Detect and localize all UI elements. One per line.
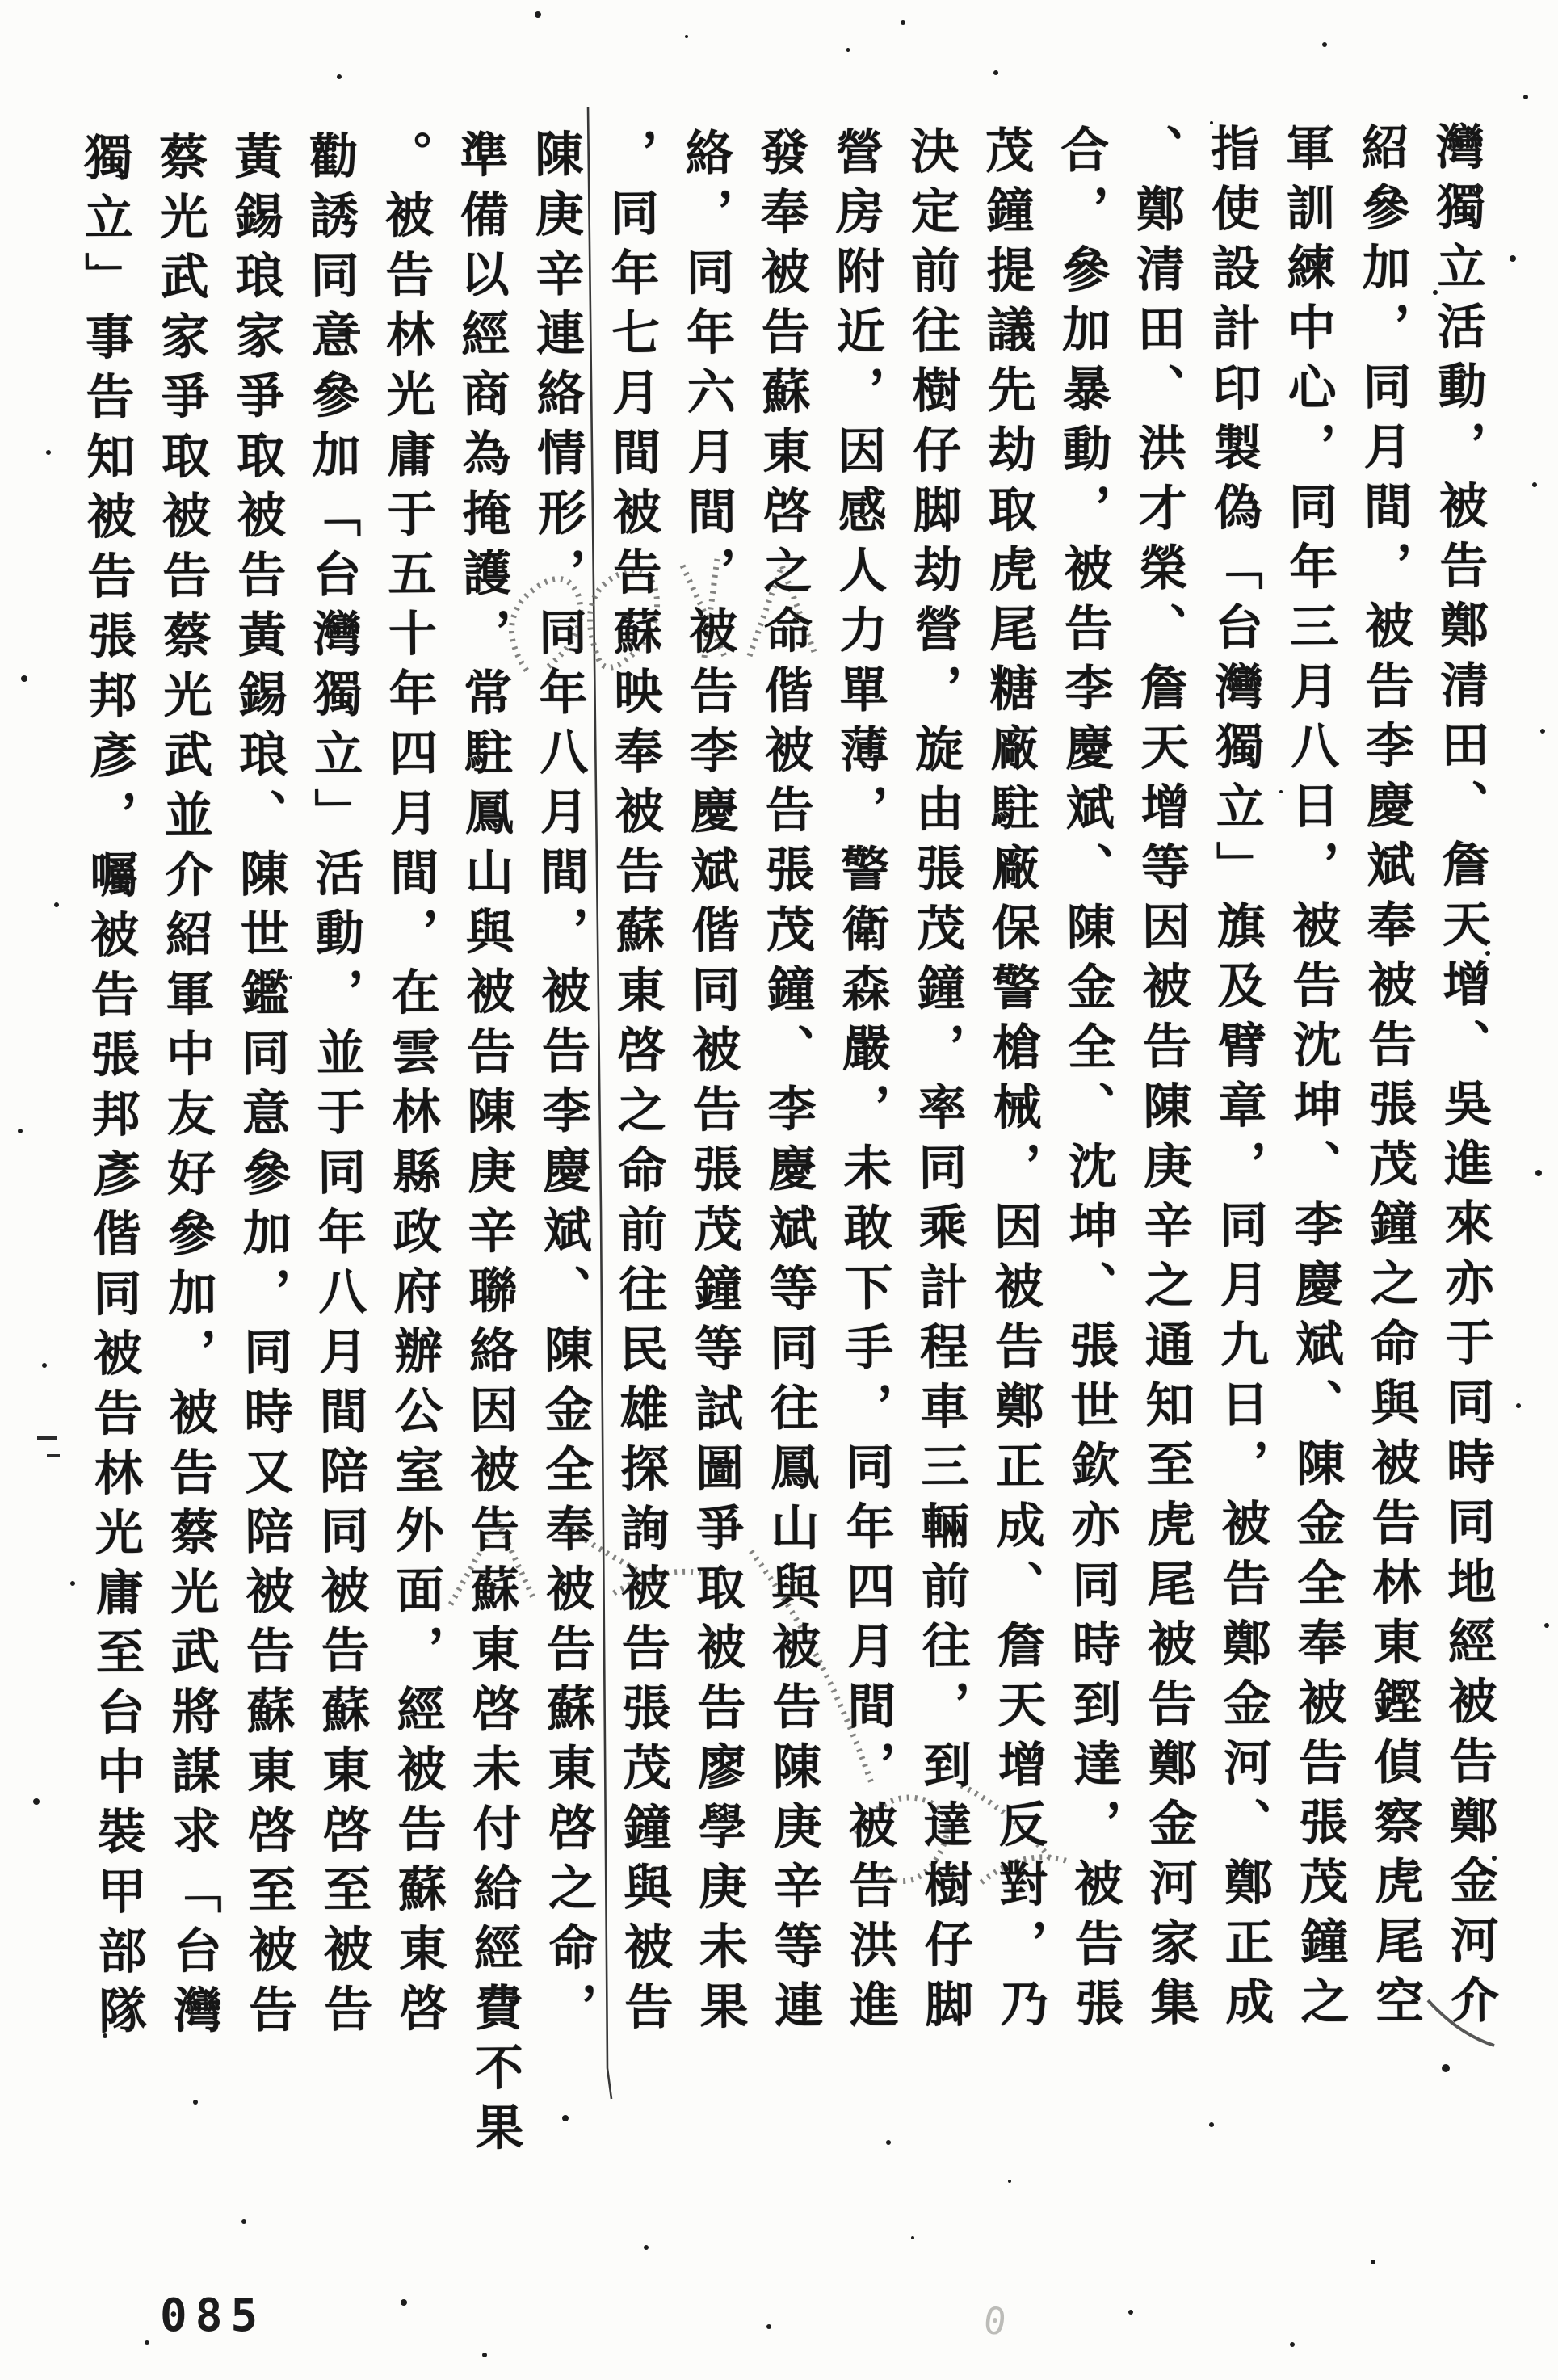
page-number: 085 <box>160 2290 266 2342</box>
stray-period-mark: 。 <box>1472 153 1506 202</box>
text-block: 灣獨立活動，被告鄭清田、詹天增、吳進來亦于同時同地經被告鄭金河介 紹參加，同月間… <box>66 121 1510 2249</box>
scanned-document-page: 灣獨立活動，被告鄭清田、詹天增、吳進來亦于同時同地經被告鄭金河介 紹參加，同月間… <box>0 0 1558 2380</box>
